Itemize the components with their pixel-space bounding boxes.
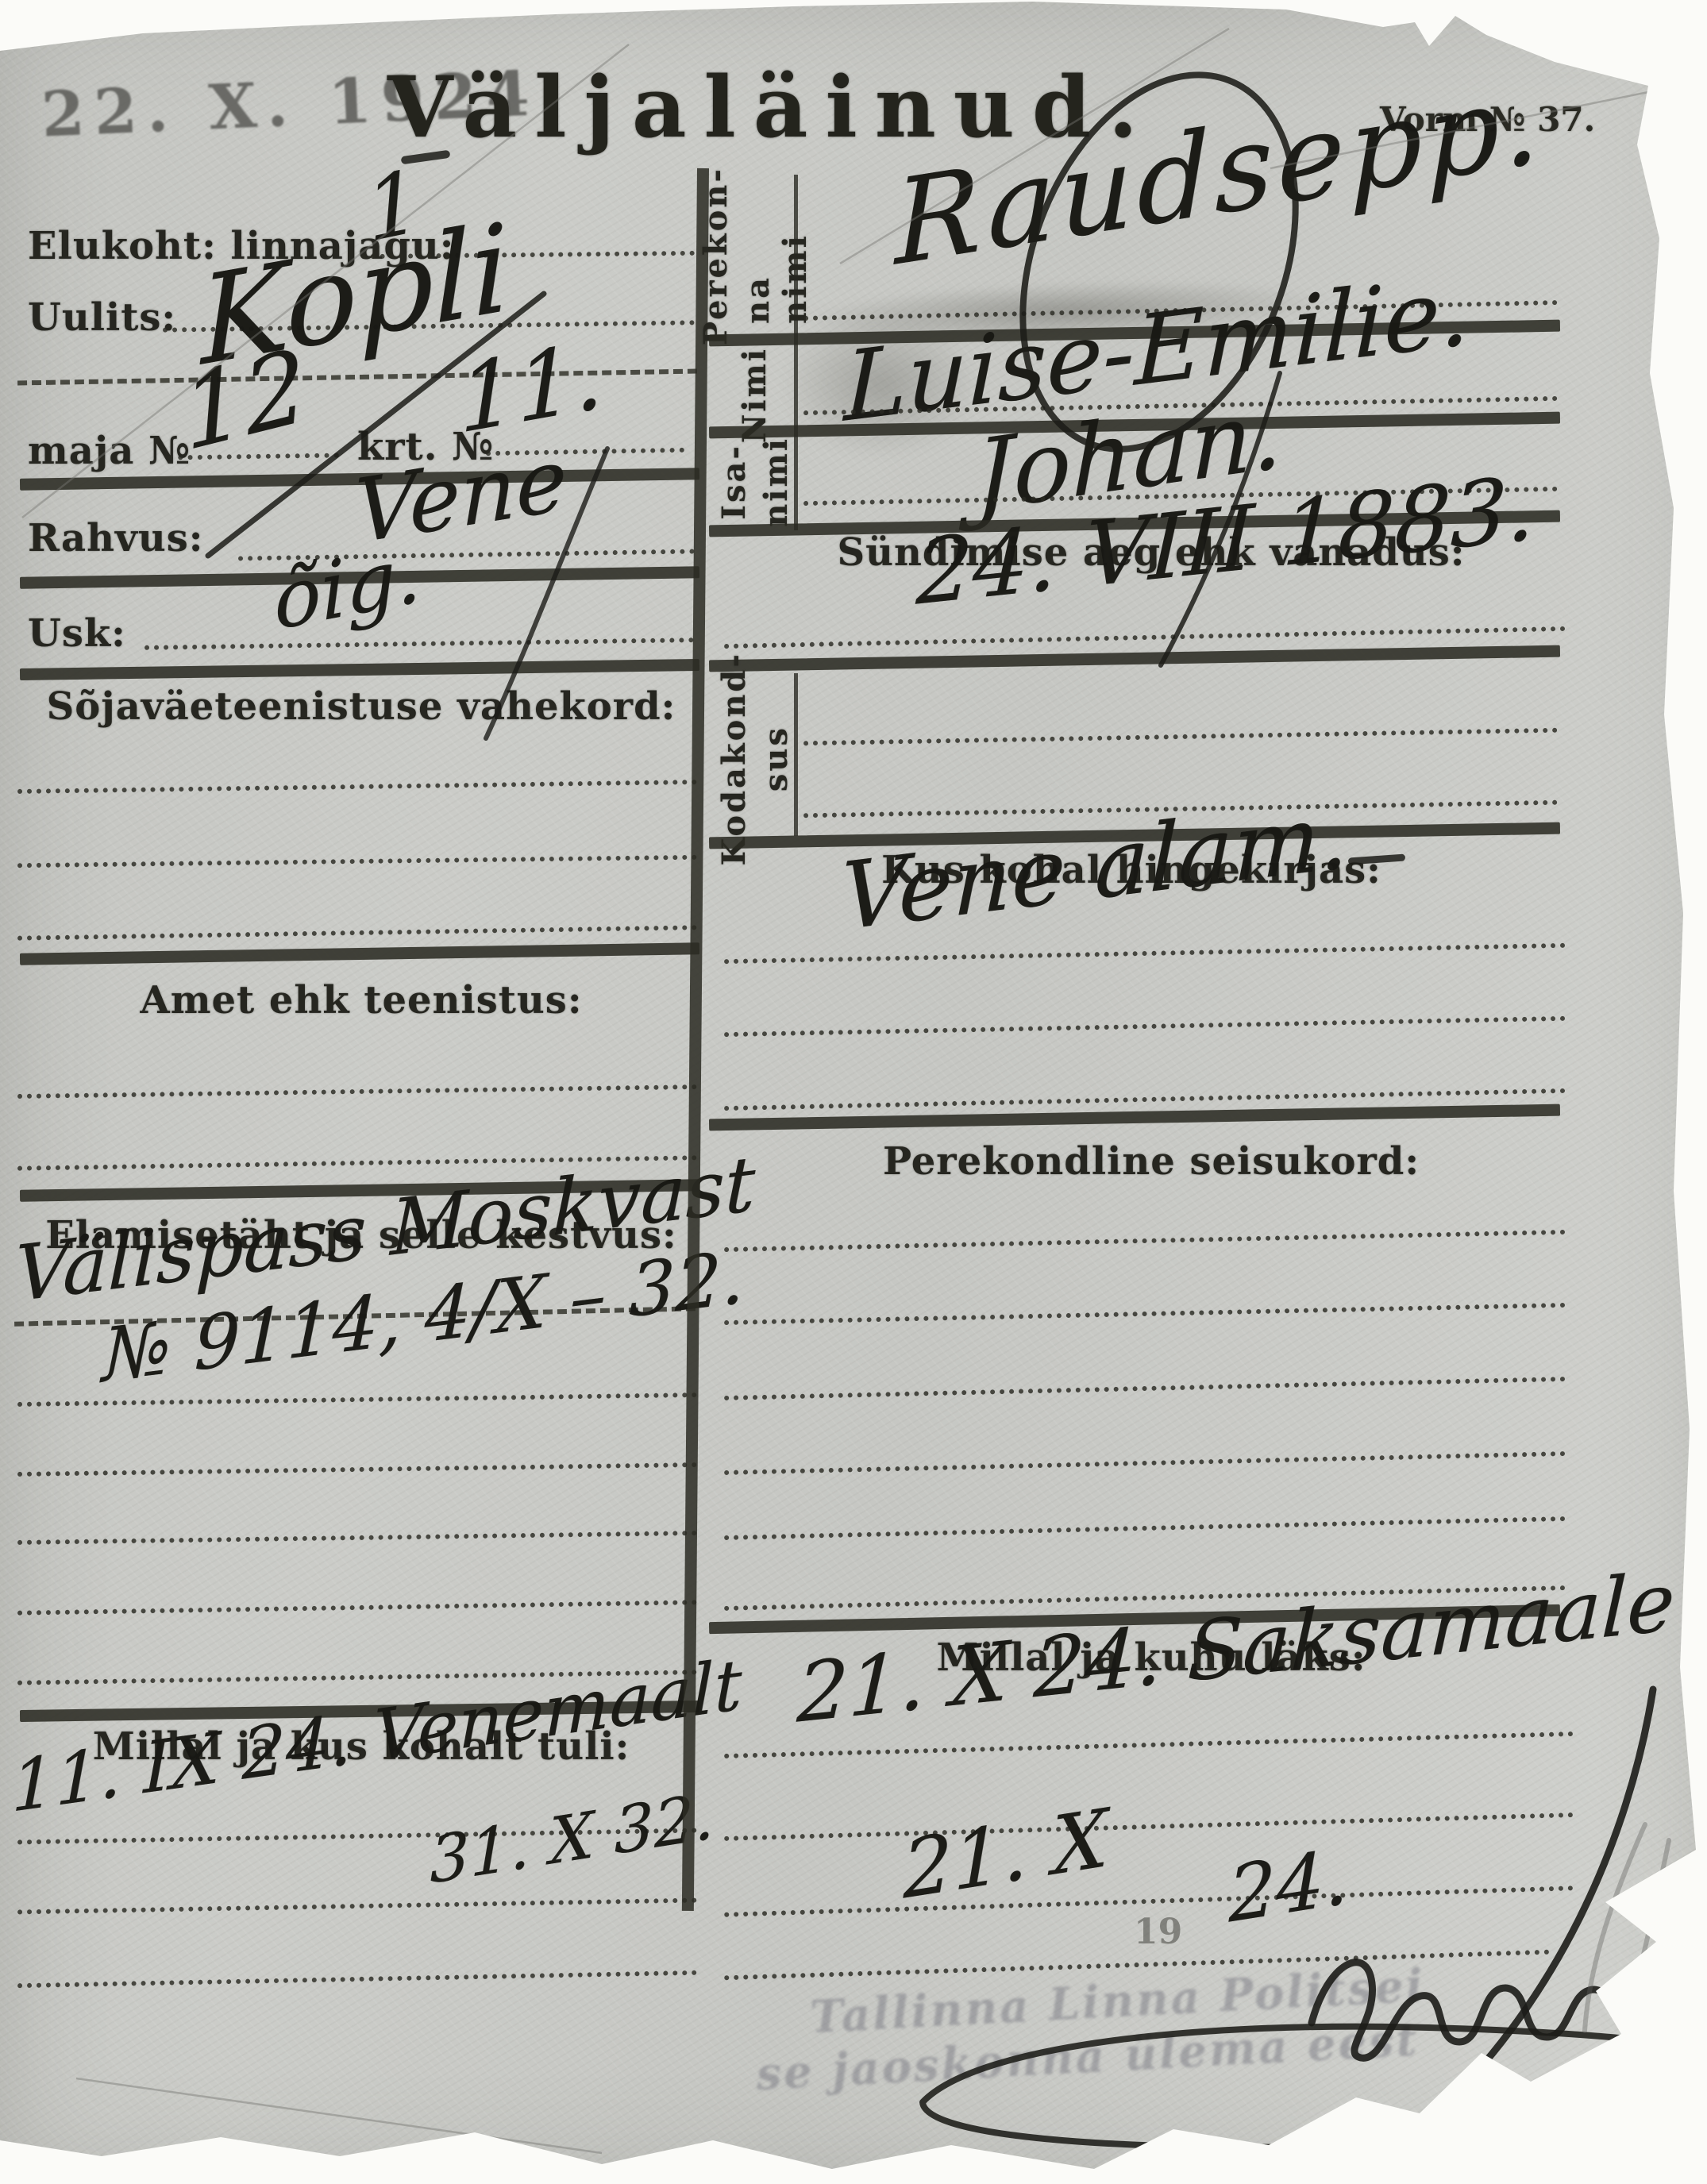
pencil-mark <box>1623 1840 1669 2053</box>
dotted-line <box>144 637 694 650</box>
perekonnanimi-label-line1: Perekon- <box>697 167 734 345</box>
kodakondsus-label: Kodakond- sus <box>719 689 792 828</box>
dotted-line <box>17 925 697 940</box>
dotted-line <box>803 728 1558 746</box>
dotted-line <box>17 1462 697 1477</box>
dotted-line <box>724 1377 1566 1400</box>
isanimi-label-line2: nimi <box>757 437 795 527</box>
tuli-handwritten-line2: 31. X 32. <box>429 1778 714 1898</box>
dotted-line <box>724 1451 1566 1475</box>
amet-label: Amet ehk teenistus: <box>24 978 699 1023</box>
dotted-line <box>17 1600 697 1615</box>
divider-rule <box>709 645 1560 672</box>
perekonnanimi-label: Perekon- na nimi <box>719 189 792 324</box>
dotted-line <box>724 626 1566 649</box>
dotted-line <box>17 780 697 794</box>
dotted-line <box>724 1516 1566 1540</box>
pencil-mark <box>1585 1824 1645 2031</box>
dotted-line <box>17 1898 697 1915</box>
maja-handwritten-value: 12 <box>176 326 312 474</box>
isanimi-label-line1: Isa- <box>715 444 753 520</box>
departure-year-handwritten: 24. <box>1227 1832 1349 1940</box>
rahvus-label: Rahvus: <box>28 516 204 560</box>
divider-rule <box>20 942 699 965</box>
signature-ascender <box>1420 1689 1653 2129</box>
dotted-line <box>17 1970 697 1988</box>
isanimi-label: Isa- nimi <box>719 438 792 526</box>
usk-label: Usk: <box>28 611 126 656</box>
dotted-line <box>724 1303 1566 1325</box>
registration-card-paper: 22. X. 1924 Väljaläinud. Vorm № 37. Eluk… <box>0 0 1707 2184</box>
departure-day-handwritten: 21. X <box>902 1791 1109 1917</box>
maja-label: maja № <box>28 429 191 473</box>
sojavaeteenistus-label: Sõjaväeteenistuse vahekord: <box>24 684 699 729</box>
dotted-line <box>17 855 697 868</box>
seisukord-label: Perekondline seisukord: <box>719 1139 1584 1184</box>
dotted-line <box>724 1812 1574 1841</box>
uulits-label: Uulits: <box>28 295 176 340</box>
divider-rule <box>20 659 699 680</box>
laks-handwritten-value: 21. X 24. Saksamaale <box>796 1554 1676 1742</box>
paper-crease <box>76 2078 602 2153</box>
dotted-line <box>724 1016 1566 1037</box>
kodakondsus-label-line2: sus <box>757 726 795 792</box>
nimi-label: Nimi <box>726 353 782 437</box>
dotted-line <box>17 1084 697 1099</box>
dotted-line <box>724 1230 1566 1252</box>
hingekirjas-handwritten-value: Vene alam. <box>840 781 1350 952</box>
usk-handwritten-value: õig. <box>272 526 423 649</box>
dotted-line <box>17 1531 697 1545</box>
kodakondsus-label-line1: Kodakond- <box>715 652 753 866</box>
perekonnanimi-label-line2: na nimi <box>739 189 814 324</box>
printed-year-prefix: 19 <box>1134 1912 1182 1952</box>
